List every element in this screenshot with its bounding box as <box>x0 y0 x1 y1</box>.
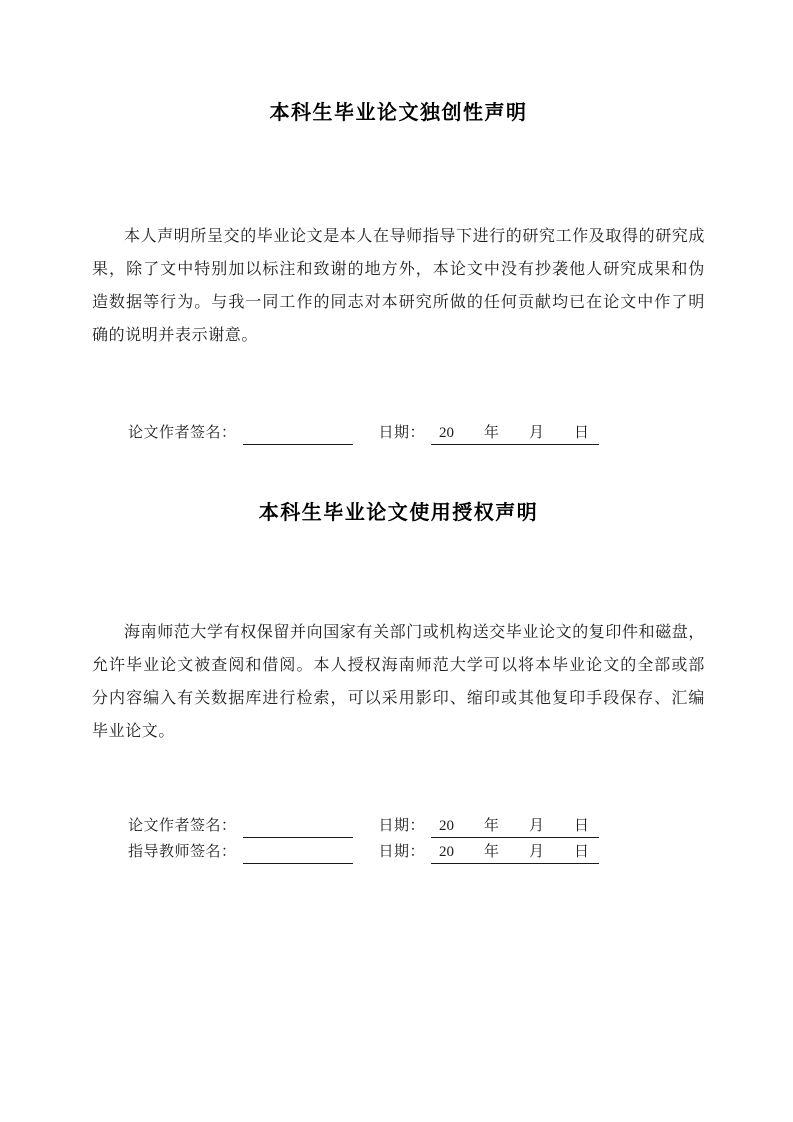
date-blank-line: 20 年 月 日 <box>431 814 599 838</box>
thesis-declaration-page: 本科生毕业论文独创性声明 本人声明所呈交的毕业论文是本人在导师指导下进行的研究工… <box>0 0 793 1122</box>
author-signature-blank-line <box>243 421 353 445</box>
originality-declaration-body: 本人声明所呈交的毕业论文是本人在导师指导下进行的研究工作及取得的研究成果，除了文… <box>92 220 705 352</box>
author-signature-label: 论文作者签名： <box>128 420 237 446</box>
date-label: 日期： <box>379 420 426 446</box>
originality-declaration-title: 本科生毕业论文独创性声明 <box>92 0 705 128</box>
date-label: 日期： <box>379 839 426 865</box>
date-day-label: 日 <box>574 421 589 444</box>
date-blank-line: 20 年 月 日 <box>431 421 599 445</box>
date-day-label: 日 <box>574 814 589 837</box>
date-month-label: 月 <box>529 840 544 863</box>
author-signature-row: 论文作者签名： 日期： 20 年 月 日 <box>92 813 705 839</box>
date-label: 日期： <box>379 813 426 839</box>
date-year-label: 年 <box>484 421 499 444</box>
date-year-label: 年 <box>484 814 499 837</box>
signature-block: 论文作者签名： 日期： 20 年 月 日 指导教师签名： 日期： 20 年 月 <box>92 813 705 865</box>
date-blank-line: 20 年 月 日 <box>431 840 599 864</box>
date-year-prefix: 20 <box>439 421 454 444</box>
author-signature-blank-line <box>243 814 353 838</box>
originality-declaration-section: 本科生毕业论文独创性声明 本人声明所呈交的毕业论文是本人在导师指导下进行的研究工… <box>92 0 705 446</box>
date-month-label: 月 <box>529 421 544 444</box>
authorization-declaration-body: 海南师范大学有权保留并向国家有关部门或机构送交毕业论文的复印件和磁盘，允许毕业论… <box>92 616 705 748</box>
date-year-prefix: 20 <box>439 814 454 837</box>
authorization-declaration-section: 本科生毕业论文使用授权声明 海南师范大学有权保留并向国家有关部门或机构送交毕业论… <box>92 446 705 865</box>
author-signature-row: 论文作者签名： 日期： 20 年 月 日 <box>92 420 705 446</box>
date-day-label: 日 <box>574 840 589 863</box>
advisor-signature-label: 指导教师签名： <box>128 839 237 865</box>
authorization-declaration-title: 本科生毕业论文使用授权声明 <box>92 446 705 528</box>
date-month-label: 月 <box>529 814 544 837</box>
date-year-prefix: 20 <box>439 840 454 863</box>
advisor-signature-blank-line <box>243 840 353 864</box>
advisor-signature-row: 指导教师签名： 日期： 20 年 月 日 <box>92 839 705 865</box>
author-signature-label: 论文作者签名： <box>128 813 237 839</box>
date-year-label: 年 <box>484 840 499 863</box>
